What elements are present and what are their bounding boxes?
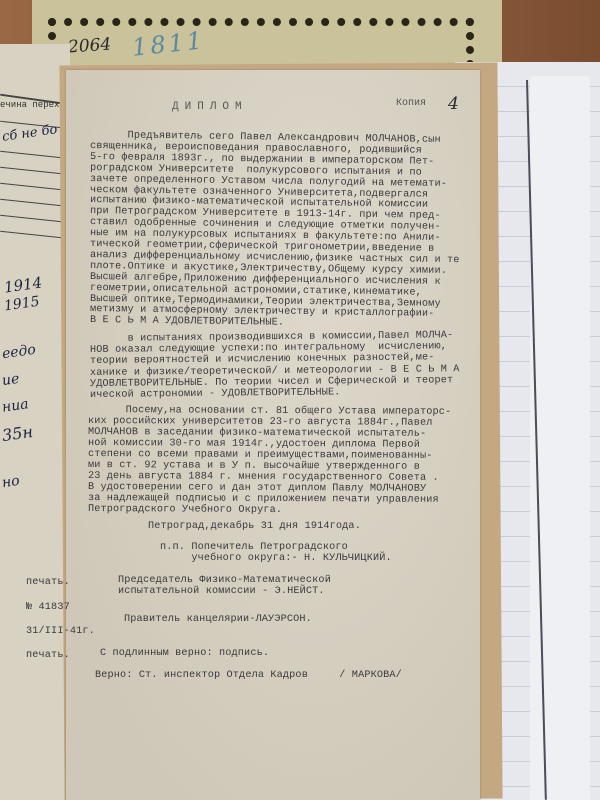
folder-handwritten-number: 2064 xyxy=(67,35,112,58)
booklet-handwriting: еедо xyxy=(1,342,37,363)
booklet-rule xyxy=(0,215,62,222)
booklet-rule xyxy=(0,199,62,206)
booklet-rule xyxy=(0,183,62,190)
booklet-handwriting: 1915 xyxy=(3,294,41,315)
booklet-rule xyxy=(0,231,62,238)
trustee-signature-line: п.п. Попечитель Петроградского xyxy=(160,542,348,553)
trustee-signature-line: учебного округа:- Н. КУЛЬЧИЦКИЙ. xyxy=(160,553,392,564)
booklet-handwriting: ниа xyxy=(1,396,30,416)
white-sheet xyxy=(530,76,590,800)
clerk-line: Правитель канцелярии-ЛАУЭРСОН. xyxy=(124,614,312,625)
ornamental-border xyxy=(48,18,474,68)
booklet-rule xyxy=(0,151,62,158)
chairman-line: испытательной комиссии - Э.НЕЙСТ. xyxy=(118,586,325,597)
copy-label: Копия xyxy=(396,98,426,109)
chairman-line: Председатель Физико-Математической xyxy=(118,575,331,586)
typed-line: Петроградского Учебного Округа. xyxy=(88,504,282,516)
seal-mark: печать. xyxy=(26,577,70,588)
document-title: ДИПЛОМ xyxy=(172,101,248,113)
registration-number: № 41837 xyxy=(26,602,70,613)
booklet-handwriting: ие xyxy=(1,371,20,389)
copy-number-handwritten: 4 xyxy=(448,94,459,114)
booklet-rule xyxy=(0,167,62,174)
certified-line: С подлинным верно: подпись. xyxy=(100,648,269,659)
booklet-handwriting: сб не бо xyxy=(1,122,58,145)
verifier-line: Верно: Ст. инспектор Отдела Кадров / МАР… xyxy=(95,670,402,681)
seal-mark: печать. xyxy=(26,650,70,661)
registration-date: 31/III-41г. xyxy=(26,626,95,637)
date-line: Петроград,декабрь 31 дня 1914года. xyxy=(148,521,361,532)
booklet-handwriting: но xyxy=(1,473,21,491)
booklet-handwriting: 35н xyxy=(1,422,34,445)
